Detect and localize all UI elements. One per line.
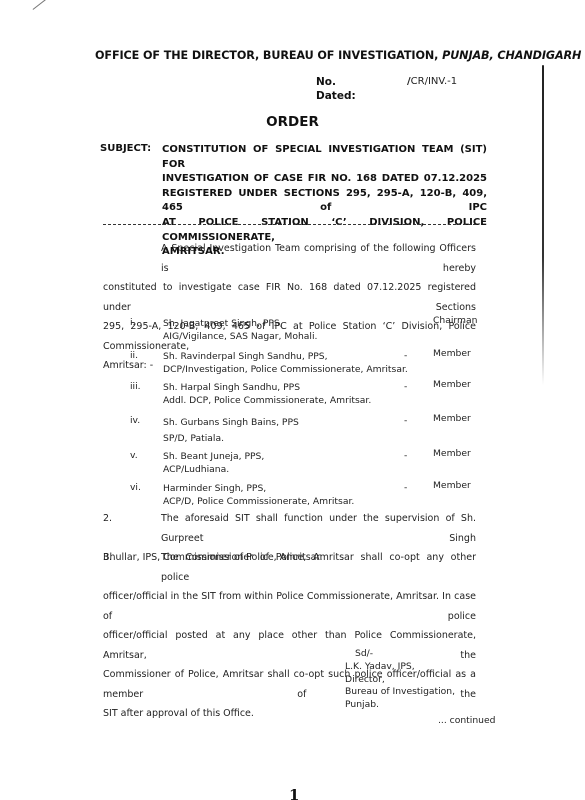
- dashed-divider: [103, 224, 476, 225]
- officer-dash: -: [404, 317, 407, 328]
- officer-post: ACP/D, Police Commissionerate, Amritsar.: [163, 496, 354, 507]
- officer-item: v. Sh. Beant Juneja, PPS,ACP/Ludhiana. -…: [130, 450, 490, 480]
- officer-name-block: Sh. Beant Juneja, PPS,ACP/Ludhiana.: [163, 450, 264, 476]
- officer-item: iii. Sh. Harpal Singh Sandhu, PPSAddl. D…: [130, 381, 490, 411]
- office-title: OFFICE OF THE DIRECTOR, BUREAU OF INVEST…: [95, 49, 495, 62]
- ref-no-label: No.: [316, 76, 336, 88]
- document-page: OFFICE OF THE DIRECTOR, BUREAU OF INVEST…: [0, 0, 585, 800]
- officer-num: v.: [130, 450, 138, 461]
- paragraph-line: constituted to investigate case FIR No. …: [103, 278, 476, 317]
- subject-line: INVESTIGATION OF CASE FIR NO. 168 DATED …: [162, 172, 487, 187]
- officer-item: vi. Harminder Singh, PPS,ACP/D, Police C…: [130, 482, 490, 512]
- paragraph-line: The Commissioner of Police, Amritsar sha…: [103, 548, 476, 587]
- officer-num: ii.: [130, 350, 138, 361]
- officer-name: Harminder Singh, PPS,: [163, 483, 266, 494]
- pen-mark: [33, 0, 46, 10]
- continued-note: ... continued: [438, 715, 495, 726]
- officer-post: SP/D, Patiala.: [163, 433, 224, 444]
- officer-num: vi.: [130, 482, 141, 493]
- subject-line: REGISTERED UNDER SECTIONS 295, 295-A, 12…: [162, 187, 487, 216]
- officer-post: ACP/Ludhiana.: [163, 464, 229, 475]
- officer-dash: -: [404, 415, 407, 426]
- officer-num: i.: [130, 317, 135, 328]
- officer-dash: -: [404, 350, 407, 361]
- dated-label: Dated:: [316, 90, 356, 102]
- officer-role: Member: [433, 379, 471, 390]
- officer-name: Sh. Jagatpreet Singh, PPS,: [163, 318, 283, 329]
- subject-line: CONSTITUTION OF SPECIAL INVESTIGATION TE…: [162, 143, 487, 172]
- signatory-name: L.K. Yadav, IPS,: [345, 661, 455, 674]
- signatory-designation: Director,: [345, 674, 455, 687]
- officer-role: Member: [433, 448, 471, 459]
- officer-role: Chairman: [433, 315, 477, 326]
- officer-post: AIG/Vigilance, SAS Nagar, Mohali.: [163, 331, 317, 342]
- page-number: 1: [289, 786, 299, 800]
- officer-num: iv.: [130, 415, 140, 426]
- officer-name-block: Sh. Jagatpreet Singh, PPS,AIG/Vigilance,…: [163, 317, 317, 343]
- margin-pen-line: [542, 65, 544, 385]
- officer-name-block: Sh. Ravinderpal Singh Sandhu, PPS,DCP/In…: [163, 350, 408, 376]
- ref-code-text: CR/INV.-1: [411, 76, 457, 87]
- paragraph-line: The aforesaid SIT shall function under t…: [103, 509, 476, 548]
- order-heading: ORDER: [0, 114, 585, 130]
- officer-name-block: Sh. Gurbans Singh Bains, PPSSP/D, Patial…: [163, 415, 299, 447]
- signatory-department: Bureau of Investigation,: [345, 686, 455, 699]
- officer-item: iv. Sh. Gurbans Singh Bains, PPSSP/D, Pa…: [130, 415, 490, 445]
- office-title-plain: OFFICE OF THE DIRECTOR, BUREAU OF INVEST…: [95, 49, 442, 62]
- officer-dash: -: [404, 381, 407, 392]
- officer-name-block: Sh. Harpal Singh Sandhu, PPSAddl. DCP, P…: [163, 381, 371, 407]
- officer-item: ii. Sh. Ravinderpal Singh Sandhu, PPS,DC…: [130, 350, 490, 380]
- officer-num: iii.: [130, 381, 141, 392]
- officer-post: DCP/Investigation, Police Commissionerat…: [163, 364, 408, 375]
- officer-role: Member: [433, 413, 471, 424]
- ref-code: /CR/INV.-1: [407, 76, 457, 87]
- officer-item: i. Sh. Jagatpreet Singh, PPS,AIG/Vigilan…: [130, 317, 490, 347]
- officer-dash: -: [404, 482, 407, 493]
- officer-role: Member: [433, 348, 471, 359]
- signature-block: Sd/- L.K. Yadav, IPS, Director, Bureau o…: [345, 648, 455, 712]
- officer-name: Sh. Harpal Singh Sandhu, PPS: [163, 382, 300, 393]
- officer-dash: -: [404, 450, 407, 461]
- paragraph-line: A Special Investigation Team comprising …: [103, 239, 476, 278]
- subject-label: SUBJECT:: [100, 143, 151, 154]
- officer-name: Sh. Beant Juneja, PPS,: [163, 451, 264, 462]
- officer-role: Member: [433, 480, 471, 491]
- paragraph-line: officer/official in the SIT from within …: [103, 587, 476, 626]
- officer-post: Addl. DCP, Police Commissionerate, Amrit…: [163, 395, 371, 406]
- officer-name: Sh. Gurbans Singh Bains, PPS: [163, 417, 299, 428]
- office-title-italic: PUNJAB, CHANDIGARH: [442, 49, 581, 62]
- officer-name-block: Harminder Singh, PPS,ACP/D, Police Commi…: [163, 482, 354, 508]
- signature-sd: Sd/-: [345, 648, 455, 661]
- officer-name: Sh. Ravinderpal Singh Sandhu, PPS,: [163, 351, 328, 362]
- signatory-state: Punjab.: [345, 699, 455, 712]
